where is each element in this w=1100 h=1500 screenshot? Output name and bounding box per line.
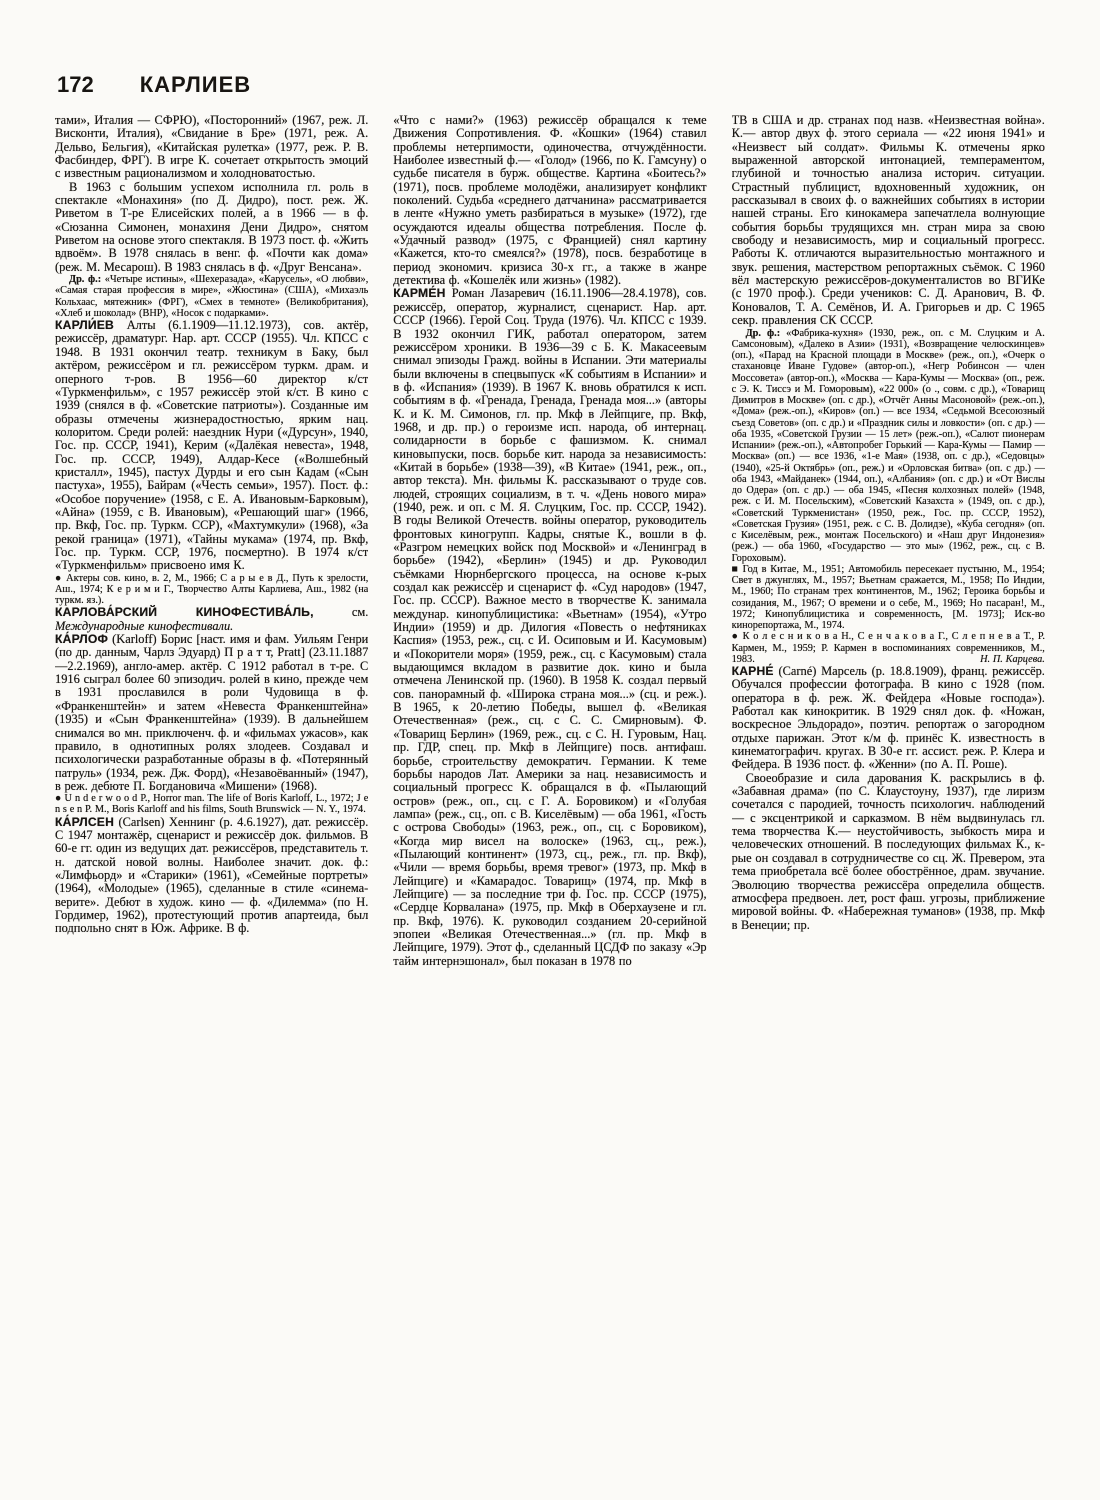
column-2: «Что с нами?» (1963) режиссёр обращался … (393, 114, 706, 1496)
entry-headword: КАРМЕ́Н (393, 286, 445, 300)
entry-karmen: КАРМЕ́Н Роман Лазаревич (16.11.1906—28.4… (393, 287, 706, 968)
karmen-bibliography: ● К о л е с н и к о в а Н., С е н ч а к … (732, 631, 1045, 665)
text-run: Своеобразие и сила дарования К. раскрыли… (732, 771, 1045, 932)
entry-karlovarsky-festival: КАРЛОВА́РСКИЙ КИНОФЕСТИВА́ЛЬ, см. Междун… (55, 606, 368, 633)
text-columns: тами», Италия — СФРЮ), «Посторонний» (19… (55, 114, 1045, 1496)
entry-headword: КА́РЛСЕН (55, 815, 114, 829)
karina-filmography: Др. ф.: «Четыре истины», «Шехеразада», «… (55, 274, 368, 319)
entry-headword: КАРЛОВА́РСКИЙ КИНОФЕСТИВА́ЛЬ, (55, 605, 314, 619)
karmen-writings: ■ Год в Китае, М., 1951; Автомобиль пере… (732, 564, 1045, 632)
karina-theatre-paragraph: В 1963 с большим успехом исполнила гл. р… (55, 181, 368, 274)
text-run: (Karloff) Борис [наст. имя и фам. Уильям… (55, 632, 368, 793)
text-run: Алты (6.1.1909—11.12.1973), сов. актёр, … (55, 318, 368, 572)
column-3: ТВ в США и др. странах под назв. «Неизве… (732, 114, 1045, 1496)
text-run: (Carné) Марсель (р. 18.8.1909), франц. р… (732, 664, 1045, 771)
column-1: тами», Италия — СФРЮ), «Посторонний» (19… (55, 114, 368, 1496)
entry-headword: КАРЛИ́ЕВ (55, 318, 114, 332)
entry-headword: КАРНЕ́ (732, 664, 774, 678)
text-run: ТВ в США и др. странах под назв. «Неизве… (732, 114, 1045, 327)
karloff-bibliography: ● U n d e r w o o d P., Horror man. The … (55, 793, 368, 816)
text-run: Роман Лазаревич (16.11.1906—28.4.1978), … (393, 286, 706, 967)
text-run: В 1963 с большим успехом исполнила гл. р… (55, 180, 368, 274)
encyclopedia-page: 172 КАРЛИЕВ тами», Италия — СФРЮ), «Пост… (0, 0, 1100, 1500)
text-run: Др. ф.: (69, 274, 101, 285)
karliev-bibliography: ● Актеры сов. кино, в. 2, М., 1966; С а … (55, 573, 368, 607)
entry-headword: КА́РЛОФ (55, 632, 108, 646)
text-run: тами», Италия — СФРЮ), «Посторонний» (19… (55, 114, 368, 180)
text-run: Др. ф.: (746, 328, 781, 339)
text-run: ● Актеры сов. кино, в. 2, М., 1966; С а … (55, 573, 368, 607)
text-run: «Что с нами?» (1963) режиссёр обращался … (393, 114, 706, 287)
text-run: ● U n d e r w o o d P., Horror man. The … (55, 793, 368, 815)
karmen-entry-continuation: ТВ в США и др. странах под назв. «Неизве… (732, 114, 1045, 328)
text-run: «Фабрика-кухня» (1930, реж., оп. с М. Сл… (732, 328, 1045, 564)
text-run: Международные кинофестивали. (55, 619, 233, 633)
karina-entry-continuation: тами», Италия — СФРЮ), «Посторонний» (19… (55, 114, 368, 181)
entry-karliev: КАРЛИ́ЕВ Алты (6.1.1909—11.12.1973), сов… (55, 319, 368, 573)
entry-carne: КАРНЕ́ (Carné) Марсель (р. 18.8.1909), ф… (732, 665, 1045, 772)
carne-paragraph: Своеобразие и сила дарования К. раскрыли… (732, 772, 1045, 932)
running-header: 172 КАРЛИЕВ (57, 72, 1045, 98)
text-run: см. (314, 605, 369, 619)
page-number: 172 (57, 72, 94, 98)
entry-karloff: КА́РЛОФ (Karloff) Борис [наст. имя и фам… (55, 633, 368, 793)
karmen-filmography: Др. ф.: «Фабрика-кухня» (1930, реж., оп.… (732, 328, 1045, 564)
entry-carlsen: КА́РЛСЕН (Carlsen) Хеннинг (р. 4.6.1927)… (55, 816, 368, 936)
text-run: ■ Год в Китае, М., 1951; Автомобиль пере… (732, 564, 1045, 631)
carlsen-entry-continuation: «Что с нами?» (1963) режиссёр обращался … (393, 114, 706, 287)
running-head-title: КАРЛИЕВ (140, 72, 251, 98)
text-run: «Четыре истины», «Шехеразада», «Карусель… (55, 274, 368, 319)
text-run: (Carlsen) Хеннинг (р. 4.6.1927), дат. ре… (55, 815, 368, 936)
